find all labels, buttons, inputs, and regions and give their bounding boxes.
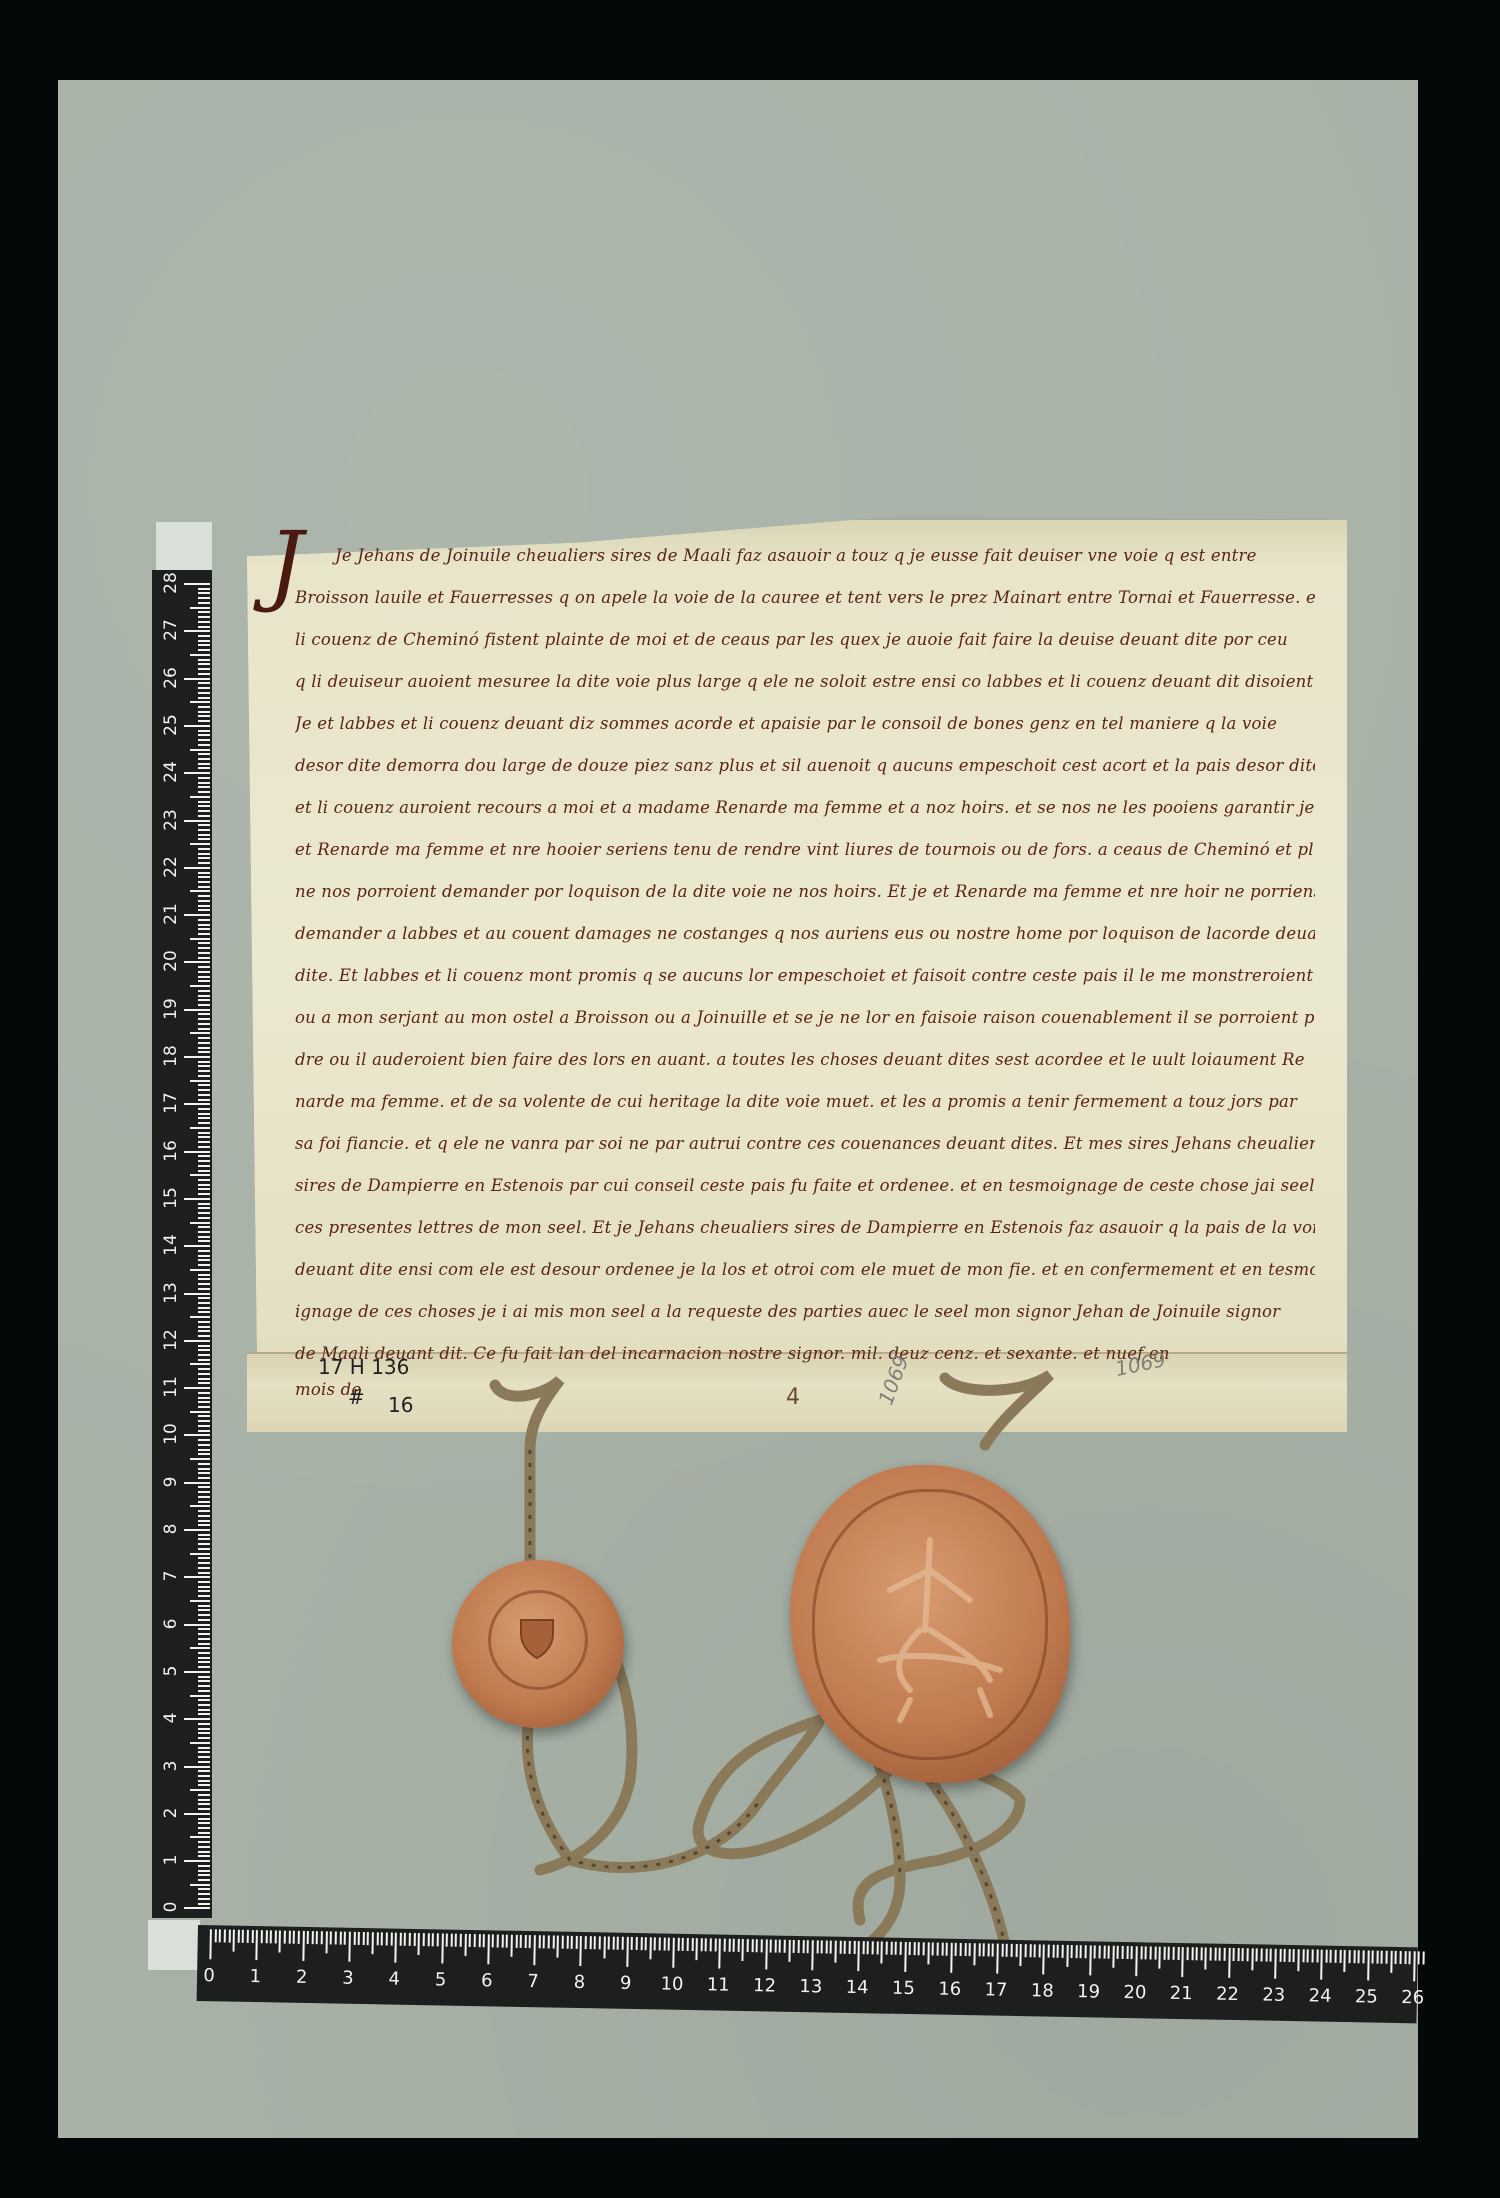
ruler-tick: [1173, 1947, 1175, 1960]
ruler-tick: [198, 1538, 210, 1540]
ruler-tick: [474, 1934, 476, 1947]
ruler-tick: [198, 1520, 210, 1522]
ruler-tick: [198, 739, 210, 741]
ruler-tick: [992, 1944, 994, 1957]
ruler-tick: [198, 640, 210, 642]
ruler-tick: [184, 678, 210, 680]
ruler-tick: [844, 1941, 846, 1954]
ruler-tick: [198, 611, 210, 613]
ruler-tick: [198, 1330, 210, 1332]
ruler-tick: [198, 1023, 210, 1025]
ruler-label: 25: [161, 708, 181, 742]
ruler-tick: [1320, 1950, 1323, 1980]
ruler-tick: [198, 1240, 210, 1242]
ruler-tick: [198, 942, 210, 944]
ruler-tick: [184, 820, 210, 822]
ruler-tick: [198, 905, 210, 907]
ruler-tick: [1038, 1944, 1040, 1957]
ruler-tick: [198, 976, 210, 978]
ruler-tick: [437, 1933, 439, 1946]
ruler-tick: [190, 1789, 210, 1791]
ruler-label: 1: [240, 1966, 270, 1988]
ruler-tick: [198, 924, 210, 926]
ruler-tick: [1219, 1948, 1221, 1961]
ruler-tick: [198, 1704, 210, 1706]
ruler-tick: [1098, 1946, 1100, 1959]
shield-icon: [517, 1616, 557, 1660]
ruler-tick: [279, 1930, 281, 1952]
ruler-tick: [1020, 1944, 1022, 1966]
ruler-tick: [198, 1557, 210, 1559]
ruler-tick: [816, 1940, 818, 1953]
ruler-tick: [198, 853, 210, 855]
ruler-tick: [1307, 1949, 1309, 1962]
ruler-tick: [1242, 1948, 1244, 1961]
ruler-tick: [1168, 1947, 1170, 1960]
ruler-tick: [793, 1940, 795, 1953]
ruler-tick: [198, 1851, 210, 1853]
ruler-tick: [198, 1099, 210, 1101]
ruler-tick: [198, 1401, 210, 1403]
ruler-tick: [198, 1586, 210, 1588]
ruler-tick: [520, 1935, 522, 1948]
ruler-tick: [184, 1766, 210, 1768]
ruler-tick: [571, 1936, 573, 1949]
ruler-tick: [184, 1387, 210, 1389]
ruler-tick: [198, 1874, 210, 1876]
ruler-tick: [492, 1934, 494, 1947]
ruler-tick: [190, 1884, 210, 1886]
ruler-tick: [198, 1666, 210, 1668]
ruler-tick: [198, 1335, 210, 1337]
ruler-tick: [1057, 1945, 1059, 1958]
ruler-tick: [198, 663, 210, 665]
ruler-tick: [198, 848, 210, 850]
ruler-tick: [198, 933, 210, 935]
ruler-label: 12: [161, 1323, 181, 1357]
ruler-tick: [904, 1942, 907, 1972]
ruler-tick: [190, 796, 210, 798]
ruler-tick: [209, 1929, 212, 1959]
ruler-tick: [198, 801, 210, 803]
ruler-label: 4: [379, 1968, 409, 1990]
ruler-label: 11: [703, 1974, 733, 1996]
ruler-tick: [184, 1434, 210, 1436]
ruler-tick: [724, 1939, 726, 1952]
ruler-tick: [1348, 1950, 1350, 1963]
ruler-tick: [190, 654, 210, 656]
ruler-tick: [198, 1264, 210, 1266]
ruler-label: 10: [161, 1417, 181, 1451]
ruler-tick: [198, 1065, 210, 1067]
ruler-tick: [198, 824, 210, 826]
ruler-tick: [705, 1938, 707, 1951]
ruler-tick: [198, 1510, 210, 1512]
ruler-tick: [198, 1359, 210, 1361]
ruler-tick: [198, 1307, 210, 1309]
ruler-tick: [1279, 1949, 1281, 1962]
ruler-tick: [1358, 1950, 1360, 1963]
ruler-tick: [198, 1496, 210, 1498]
ruler-tick: [198, 1784, 210, 1786]
ruler-tick: [198, 1345, 210, 1347]
ruler-tick: [198, 1288, 210, 1290]
ruler-tick: [1423, 1951, 1425, 1964]
ruler-tick: [198, 919, 210, 921]
ruler-tick: [233, 1930, 235, 1952]
ruler-tick: [423, 1933, 425, 1946]
ruler-tick: [198, 1879, 210, 1881]
ruler-tick: [672, 1938, 675, 1968]
ruler-tick: [1126, 1946, 1128, 1959]
ruler-tick: [599, 1936, 601, 1949]
ruler-tick: [198, 1803, 210, 1805]
ruler-tick: [198, 1108, 210, 1110]
ruler-tick: [399, 1933, 401, 1946]
ruler-tick: [198, 1756, 210, 1758]
ruler-tick: [198, 1699, 210, 1701]
ruler-tick: [198, 1463, 210, 1465]
ruler-tick: [198, 1302, 210, 1304]
ruler-tick: [798, 1940, 800, 1953]
ruler-tick: [1288, 1949, 1290, 1962]
ruler-tick: [867, 1941, 869, 1954]
ruler-tick: [237, 1930, 239, 1943]
ruler-tick: [376, 1932, 378, 1945]
ruler-tick: [941, 1943, 943, 1956]
ruler-tick: [190, 1269, 210, 1271]
ruler-tick: [198, 1652, 210, 1654]
ruler-tick: [714, 1938, 716, 1951]
ruler-tick: [198, 730, 210, 732]
ruler-tick: [1390, 1951, 1392, 1973]
ruler-tick: [1261, 1948, 1263, 1961]
ruler-label: 22: [161, 850, 181, 884]
ruler-tick: [198, 1392, 210, 1394]
ruler-tick: [184, 1482, 210, 1484]
ruler-tick: [198, 1628, 210, 1630]
ruler-tick: [198, 1501, 210, 1503]
ruler-tick: [1122, 1946, 1124, 1959]
ruler-tick: [198, 838, 210, 840]
ruler-tick: [184, 1151, 210, 1153]
ruler-tick: [543, 1935, 545, 1948]
ruler-tick: [184, 1293, 210, 1295]
ruler-label: 17: [981, 1979, 1011, 2001]
ruler-tick: [372, 1932, 374, 1954]
ruler-tick: [184, 1813, 210, 1815]
ruler-label: 19: [1073, 1981, 1103, 2003]
ruler-label: 2: [286, 1967, 316, 1989]
silk-cords: [0, 0, 1500, 2198]
ruler-tick: [198, 999, 210, 1001]
ruler-tick: [198, 621, 210, 623]
ruler-tick: [198, 1132, 210, 1134]
ruler-tick: [1182, 1947, 1185, 1977]
ruler-tick: [198, 697, 210, 699]
ruler-tick: [184, 914, 210, 916]
ruler-tick: [198, 1321, 210, 1323]
ruler-tick: [1353, 1950, 1355, 1963]
ruler-tick: [198, 1117, 210, 1119]
ruler-tick: [198, 626, 210, 628]
ruler-label: 23: [1259, 1984, 1289, 2006]
ruler-tick: [198, 1439, 210, 1441]
ruler-tick: [751, 1939, 753, 1952]
ruler-tick: [198, 1676, 210, 1678]
ruler-tick: [190, 1127, 210, 1129]
ruler-tick: [198, 1061, 210, 1063]
ruler-tick: [1186, 1947, 1188, 1960]
ruler-tick: [270, 1930, 272, 1943]
ruler-tick: [1043, 1944, 1046, 1974]
ruler-tick: [184, 1529, 210, 1531]
ruler-tick: [190, 1458, 210, 1460]
ruler-tick: [1089, 1945, 1092, 1975]
ruler-tick: [987, 1943, 989, 1956]
ruler-tick: [964, 1943, 966, 1956]
ruler-label: 8: [161, 1512, 181, 1546]
ruler-tick: [562, 1936, 564, 1949]
ruler-tick: [198, 616, 210, 618]
ruler-tick: [1399, 1951, 1401, 1964]
ruler-label: 16: [935, 1979, 965, 2001]
ruler-tick: [348, 1932, 351, 1962]
ruler-tick: [742, 1939, 744, 1961]
ruler-tick: [198, 782, 210, 784]
ruler-tick: [190, 843, 210, 845]
ruler-tick: [198, 1141, 210, 1143]
ruler-label: 12: [749, 1975, 779, 1997]
ruler-tick: [198, 862, 210, 864]
ruler-tick: [446, 1934, 448, 1947]
ruler-tick: [728, 1939, 730, 1952]
ruler-tick: [198, 763, 210, 765]
ruler-tick: [973, 1943, 975, 1965]
ruler-tick: [198, 1236, 210, 1238]
ruler-tick: [198, 1013, 210, 1015]
ruler-vertical: 2827262524232221201918171615141312111098…: [152, 570, 212, 1918]
ruler-label: 18: [161, 1039, 181, 1073]
ruler-tick: [631, 1937, 633, 1950]
ruler-tick: [198, 1122, 210, 1124]
ruler-tick: [198, 1037, 210, 1039]
ruler-tick: [198, 777, 210, 779]
ruler-label: 14: [842, 1977, 872, 1999]
ruler-tick: [733, 1939, 735, 1952]
ruler-tick: [839, 1941, 841, 1954]
ruler-tick: [198, 1770, 210, 1772]
ruler-tick: [198, 1217, 210, 1219]
ruler-tick: [184, 630, 210, 632]
ruler-tick: [927, 1942, 929, 1964]
ruler-tick: [1191, 1947, 1193, 1960]
ruler-tick: [515, 1935, 517, 1948]
ruler-label: 26: [1397, 1987, 1427, 2009]
ruler-tick: [198, 673, 210, 675]
ruler-tick: [198, 1406, 210, 1408]
ruler-tick: [696, 1938, 698, 1960]
ruler-tick: [691, 1938, 693, 1951]
ruler-tick: [1330, 1950, 1332, 1963]
ruler-tick: [198, 1898, 210, 1900]
ruler-tick: [198, 1250, 210, 1252]
ruler-tick: [460, 1934, 462, 1947]
ruler-tick: [552, 1935, 554, 1948]
ruler-tick: [1052, 1945, 1054, 1958]
ruler-tick: [478, 1934, 480, 1947]
ruler-label: 5: [425, 1969, 455, 1991]
ruler-tick: [184, 1245, 210, 1247]
ruler-label: 19: [161, 992, 181, 1026]
ruler-tick: [198, 1572, 210, 1574]
ruler-tick: [700, 1938, 702, 1951]
ruler-tick: [198, 1203, 210, 1205]
ruler-tick: [198, 1595, 210, 1597]
ruler-tick: [198, 1661, 210, 1663]
ruler-tick: [899, 1942, 901, 1955]
ruler-tick: [190, 1600, 210, 1602]
ruler-tick: [198, 1311, 210, 1313]
ruler-label: 15: [161, 1181, 181, 1215]
ruler-tick: [190, 1032, 210, 1034]
ruler-tick: [198, 687, 210, 689]
ruler-tick: [409, 1933, 411, 1946]
ruler-tick: [198, 597, 210, 599]
ruler-tick: [190, 1553, 210, 1555]
ruler-tick: [487, 1934, 490, 1964]
ruler-tick: [198, 1638, 210, 1640]
ruler-tick: [198, 1761, 210, 1763]
ruler-tick: [190, 938, 210, 940]
ruler-label: 28: [161, 566, 181, 600]
ruler-tick: [1163, 1947, 1165, 1960]
ruler-tick: [198, 1430, 210, 1432]
ruler-tick: [288, 1931, 290, 1944]
ruler-tick: [198, 1274, 210, 1276]
ruler-label: 14: [161, 1228, 181, 1262]
ruler-tick: [784, 1940, 786, 1953]
ruler-tick: [506, 1935, 508, 1948]
ruler-tick: [198, 1870, 210, 1872]
ruler-tick: [224, 1929, 226, 1942]
ruler-tick: [612, 1937, 614, 1950]
ruler-tick: [1154, 1947, 1156, 1960]
ruler-tick: [1034, 1944, 1036, 1957]
ruler-tick: [219, 1929, 221, 1942]
ruler-tick: [872, 1941, 874, 1954]
ruler-tick: [198, 1089, 210, 1091]
ruler-tick: [1015, 1944, 1017, 1957]
ruler-tick: [247, 1930, 249, 1943]
ruler-tick: [1311, 1949, 1313, 1962]
ruler-label: 10: [657, 1973, 687, 1995]
ruler-tick: [184, 772, 210, 774]
ruler-tick: [367, 1932, 369, 1945]
ruler-tick: [198, 1373, 210, 1375]
ruler-label: 9: [161, 1465, 181, 1499]
ruler-tick: [821, 1940, 823, 1953]
ruler-tick: [464, 1934, 466, 1956]
ruler-tick: [198, 1051, 210, 1053]
ruler-tick: [381, 1932, 383, 1945]
ruler-tick: [198, 1713, 210, 1715]
ruler-label: 13: [796, 1976, 826, 1998]
ruler-tick: [983, 1943, 985, 1956]
ruler-label: 7: [518, 1971, 548, 1993]
ruler-tick: [198, 1278, 210, 1280]
ruler-tick: [198, 1297, 210, 1299]
ruler-tick: [198, 1378, 210, 1380]
ruler-label: 15: [888, 1978, 918, 2000]
ruler-tick: [190, 1363, 210, 1365]
ruler-tick: [198, 1179, 210, 1181]
ruler-tick: [198, 1751, 210, 1753]
ruler-tick: [1404, 1951, 1406, 1964]
ruler-tick: [404, 1933, 406, 1946]
ruler-tick: [198, 1619, 210, 1621]
ruler-tick: [1085, 1945, 1087, 1958]
ruler-tick: [608, 1937, 610, 1950]
ruler-tick: [198, 1472, 210, 1474]
ruler-tick: [198, 649, 210, 651]
ruler-tick: [190, 1411, 210, 1413]
ruler-tick: [548, 1935, 550, 1948]
ruler-tick: [198, 1420, 210, 1422]
ruler-tick: [330, 1931, 332, 1944]
ruler-tick: [184, 961, 210, 963]
ruler-tick: [497, 1934, 499, 1947]
ruler-tick: [302, 1931, 305, 1961]
ruler-tick: [640, 1937, 642, 1950]
ruler-tick: [198, 1685, 210, 1687]
ruler-tick: [198, 966, 210, 968]
ruler-tick: [645, 1937, 647, 1950]
ruler-tick: [198, 1818, 210, 1820]
ruler-tick: [788, 1940, 790, 1962]
ruler-tick: [198, 1855, 210, 1857]
ruler-tick: [802, 1940, 804, 1953]
ruler-tick: [325, 1931, 327, 1953]
ruler-label: 27: [161, 613, 181, 647]
ruler-tick: [1223, 1948, 1225, 1961]
ruler-tick: [1362, 1950, 1364, 1963]
ruler-tick: [1103, 1946, 1105, 1959]
ruler-tick: [1112, 1946, 1114, 1968]
ruler-tick: [190, 1647, 210, 1649]
ruler-tick: [198, 1865, 210, 1867]
ruler-tick: [603, 1936, 605, 1958]
ruler-tick: [184, 583, 210, 585]
ruler-tick: [198, 692, 210, 694]
ruler-tick: [779, 1940, 781, 1953]
ruler-tick: [198, 1354, 210, 1356]
ruler-tick: [1011, 1944, 1013, 1957]
ruler-tick: [529, 1935, 531, 1948]
ruler-tick: [298, 1931, 300, 1944]
ruler-tick: [932, 1942, 934, 1955]
ruler-tick: [198, 668, 210, 670]
ruler-tick: [198, 995, 210, 997]
ruler-tick: [1335, 1950, 1337, 1963]
ruler-tick: [198, 1259, 210, 1261]
ruler-tick: [198, 1893, 210, 1895]
ruler-tick: [198, 659, 210, 661]
ruler-tick: [1135, 1946, 1138, 1976]
ruler-tick: [533, 1935, 536, 1965]
ruler-tick: [184, 867, 210, 869]
ruler-tick: [923, 1942, 925, 1955]
